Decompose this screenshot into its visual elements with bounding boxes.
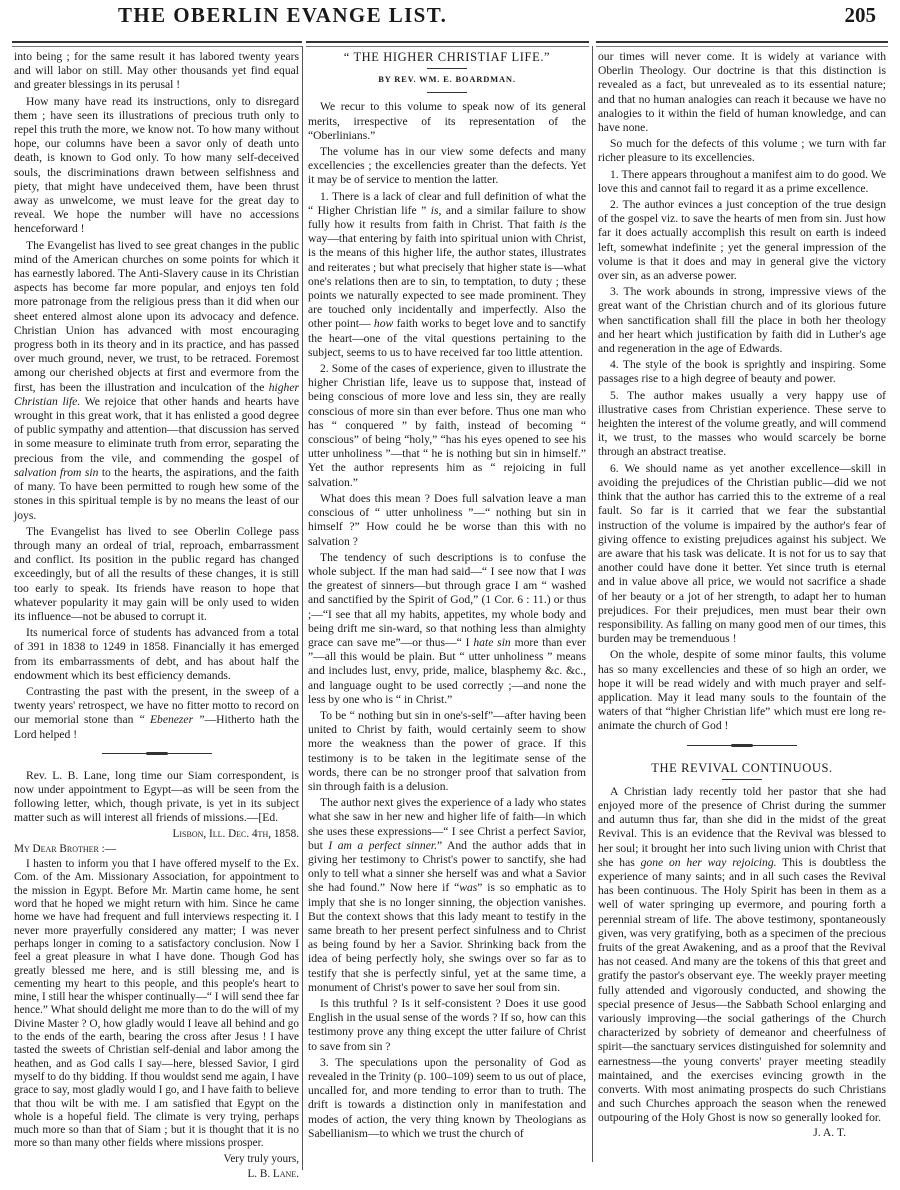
- paragraph: To be “ nothing but sin in one's-self”—a…: [308, 709, 586, 794]
- article-heading: THE REVIVAL CONTINUOUS.: [598, 761, 886, 775]
- letter-dateline: Lisbon, Ill. Dec. 4th, 1858.: [14, 828, 299, 841]
- paragraph: How many have read its instructions, onl…: [14, 95, 299, 237]
- letter-closing: Very truly yours,: [14, 1153, 299, 1166]
- column-divider-1: [302, 46, 303, 1170]
- paragraph: Contrasting the past with the present, i…: [14, 685, 299, 742]
- byline-rule: [427, 92, 467, 93]
- publication-title: THE OBERLIN EVANGE LIST.: [118, 3, 447, 28]
- italic-emphasis: salvation from sin: [14, 466, 98, 479]
- column-2: “ THE HIGHER CHRISTIAF LIFE.” BY REV. WM…: [308, 50, 586, 1143]
- paragraph: Is this truthful ? Is it self-consistent…: [308, 997, 586, 1054]
- column-divider-2: [592, 46, 593, 1162]
- article-heading: “ THE HIGHER CHRISTIAF LIFE.”: [308, 50, 586, 64]
- paragraph: 3. The speculations upon the personality…: [308, 1056, 586, 1141]
- paragraph: The tendency of such descriptions is to …: [308, 551, 586, 707]
- heading-rule: [427, 68, 467, 69]
- page-number: 205: [845, 3, 877, 28]
- top-rule-col3: [596, 41, 888, 47]
- paragraph: A Christian lady recently told her pasto…: [598, 785, 886, 1126]
- section-divider-ornament: [687, 744, 797, 747]
- paragraph: 2. The author evinces a just conception …: [598, 198, 886, 283]
- paragraph: 1. There is a lack of clear and full def…: [308, 190, 586, 360]
- paragraph: So much for the defects of this volume ;…: [598, 137, 886, 165]
- article-byline: BY REV. WM. E. BOARDMAN.: [308, 72, 586, 86]
- author-initials: J. A. T.: [801, 1126, 846, 1140]
- editor-note: Rev. L. B. Lane, long time our Siam corr…: [14, 769, 299, 826]
- section-divider-ornament: [102, 752, 212, 755]
- paragraph: We recur to this volume to speak now of …: [308, 100, 586, 143]
- paragraph: Its numerical force of students has adva…: [14, 626, 299, 683]
- paragraph: into being ; for the same result it has …: [14, 50, 299, 93]
- paragraph: 2. Some of the cases of experience, give…: [308, 362, 586, 490]
- paragraph: The Evangelist has lived to see great ch…: [14, 239, 299, 523]
- paragraph: 3. The work abounds in strong, impressiv…: [598, 285, 886, 356]
- heading-rule: [722, 779, 762, 780]
- paragraph: 5. The author makes usually a very happy…: [598, 389, 886, 460]
- paragraph: our times will never come. It is widely …: [598, 50, 886, 135]
- column-1: into being ; for the same result it has …: [14, 50, 299, 1183]
- paragraph: What does this mean ? Does full salvatio…: [308, 492, 586, 549]
- column-3: our times will never come. It is widely …: [598, 50, 886, 1140]
- top-rule-col1: [12, 41, 302, 47]
- letter-salutation: My Dear Brother :—: [14, 843, 299, 856]
- letter-body: I hasten to inform you that I have offer…: [14, 858, 299, 1151]
- letter-signature: L. B. Lane.: [14, 1168, 299, 1181]
- italic-emphasis: “ Ebenezer ”: [138, 713, 204, 726]
- paragraph: 1. There appears throughout a manifest a…: [598, 168, 886, 196]
- top-rule-col2: [306, 41, 589, 47]
- paragraph: The Evangelist has lived to see Oberlin …: [14, 525, 299, 624]
- masthead: THE OBERLIN EVANGE LIST. 205: [0, 0, 900, 26]
- paragraph: 4. The style of the book is sprightly an…: [598, 358, 886, 386]
- paragraph: The volume has in our view some defects …: [308, 145, 586, 188]
- paragraph: The author next gives the experience of …: [308, 796, 586, 995]
- letter: Lisbon, Ill. Dec. 4th, 1858. My Dear Bro…: [14, 828, 299, 1182]
- paragraph: On the whole, despite of some minor faul…: [598, 648, 886, 733]
- paragraph: 6. We should name as yet another excelle…: [598, 462, 886, 647]
